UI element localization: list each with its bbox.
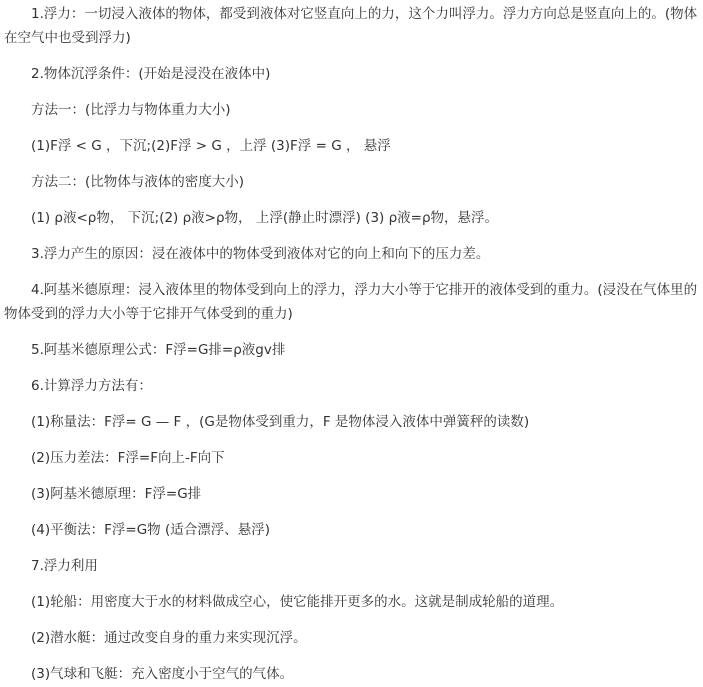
article-body: 1.浮力：一切浸入液体的物体，都受到液体对它竖直向上的力，这个力叫浮力。浮力方向…	[0, 0, 700, 686]
paragraph-calc-methods: 6.计算浮力方法有：	[4, 374, 700, 398]
paragraph-balloon-airship: (3)气球和飞艇：充入密度小于空气的气体。	[4, 662, 700, 686]
paragraph-buoyancy-definition: 1.浮力：一切浸入液体的物体，都受到液体对它竖直向上的力，这个力叫浮力。浮力方向…	[4, 2, 700, 50]
paragraph-weighing-method: (1)称量法：F浮= G — F ，(G是物体受到重力，F 是物体浸入液体中弹簧…	[4, 410, 700, 434]
paragraph-method-two: 方法二：(比物体与液体的密度大小)	[4, 170, 700, 194]
paragraph-buoyancy-applications: 7.浮力利用	[4, 554, 700, 578]
paragraph-density-comparison: (1) ρ液<ρ物， 下沉;(2) ρ液>ρ物， 上浮(静止时漂浮) (3) ρ…	[4, 206, 700, 230]
paragraph-submarine: (2)潜水艇：通过改变自身的重力来实现沉浮。	[4, 626, 700, 650]
paragraph-balance-method: (4)平衡法：F浮=G物 (适合漂浮、悬浮)	[4, 518, 700, 542]
paragraph-sink-float-conditions: 2.物体沉浮条件：(开始是浸没在液体中)	[4, 62, 700, 86]
paragraph-archimedes-method: (3)阿基米德原理：F浮=G排	[4, 482, 700, 506]
paragraph-archimedes-formula: 5.阿基米德原理公式：F浮=G排=ρ液gv排	[4, 338, 700, 362]
paragraph-pressure-difference-method: (2)压力差法：F浮=F向上-F向下	[4, 446, 700, 470]
paragraph-buoyancy-cause: 3.浮力产生的原因：浸在液体中的物体受到液体对它的向上和向下的压力差。	[4, 242, 700, 266]
paragraph-force-comparison: (1)F浮 < G ，下沉;(2)F浮 > G ，上浮 (3)F浮 = G ， …	[4, 134, 700, 158]
paragraph-ship: (1)轮船：用密度大于水的材料做成空心，使它能排开更多的水。这就是制成轮船的道理…	[4, 590, 700, 614]
paragraph-method-one: 方法一：(比浮力与物体重力大小)	[4, 98, 700, 122]
paragraph-archimedes-principle: 4.阿基米德原理：浸入液体里的物体受到向上的浮力，浮力大小等于它排开的液体受到的…	[4, 278, 700, 326]
